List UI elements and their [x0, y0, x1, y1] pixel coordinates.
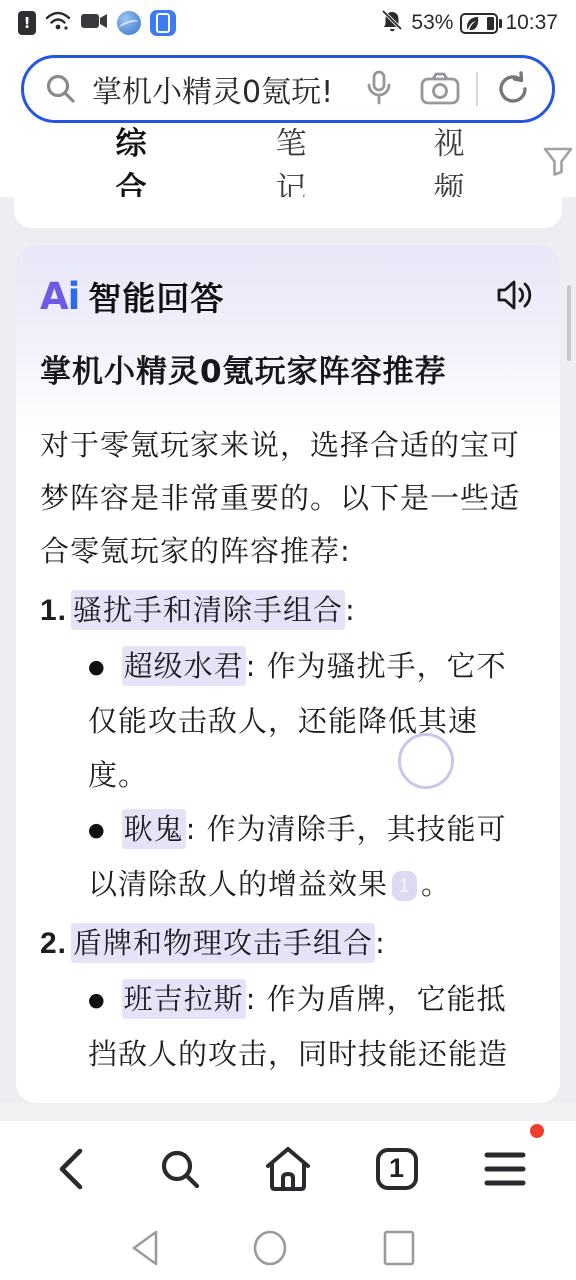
wifi-icon [45, 9, 71, 37]
bullet-suicune: ●超级水君: 作为骚扰手，它不仅能攻击敌人，还能降低其速度。 [88, 639, 536, 802]
tab-comprehensive[interactable]: 综合 [108, 118, 154, 208]
bullet-gengar: ●耿鬼: 作为清除手，其技能可以清除敌人的增益效果1。 [88, 802, 536, 911]
video-camera-icon [80, 10, 108, 36]
ai-logo-a: A [40, 275, 68, 318]
system-navigation-bar [0, 1216, 576, 1280]
search-input[interactable]: 掌机小精灵0氪玩! [92, 67, 364, 111]
ai-header-label: 智能回答 [88, 273, 224, 320]
section-number: 2. [40, 927, 67, 960]
loading-circle-decoration [398, 733, 454, 789]
clock: 10:37 [505, 11, 558, 35]
sim-alert-icon: ! [18, 11, 36, 35]
search-icon [44, 72, 78, 106]
pokemon-name-highlight: 超级水君 [122, 646, 246, 686]
tab-videos[interactable]: 视频 [426, 118, 472, 208]
menu-notification-badge [530, 1124, 544, 1138]
menu-button[interactable] [476, 1140, 534, 1198]
ai-card-header: Ai 智能回答 [40, 245, 536, 320]
tabs-button[interactable]: 1 [368, 1140, 426, 1198]
tab-notes[interactable]: 笔记 [268, 118, 314, 208]
speaker-icon[interactable] [496, 278, 536, 316]
browser-bottom-nav: 1 [0, 1120, 576, 1216]
bullet-dot: ● [88, 640, 106, 694]
filter-icon[interactable] [540, 143, 576, 183]
section-keyword-highlight: 骚扰手和清除手组合 [71, 590, 345, 630]
separator: : [186, 812, 197, 846]
mic-icon[interactable] [364, 69, 394, 109]
pokemon-name-highlight: 班吉拉斯 [122, 979, 246, 1019]
bullet-dot: ● [88, 973, 106, 1027]
ai-answer-card[interactable]: Ai 智能回答 掌机小精灵0氪玩家阵容推荐 对于零氪玩家来说，选择合适的宝可梦阵… [16, 245, 560, 1103]
section-number: 1. [40, 594, 67, 627]
android-recents-icon[interactable] [380, 1228, 418, 1268]
search-bar[interactable]: 掌机小精灵0氪玩! [21, 55, 555, 123]
notifications-muted-icon [380, 9, 404, 37]
ai-logo-i: i [68, 275, 80, 318]
separator: : [246, 649, 257, 683]
section-heading-suffix: : [375, 926, 386, 960]
battery-percent: 53% [411, 11, 453, 35]
status-bar-left: ! [18, 9, 176, 37]
citation-badge[interactable]: 1 [392, 871, 417, 901]
bullet-suffix: 。 [421, 867, 451, 901]
tab-label: 笔记 [276, 126, 307, 207]
scrollbar-thumb[interactable] [567, 285, 571, 361]
divider [476, 72, 478, 106]
pokemon-name-highlight: 耿鬼 [122, 809, 186, 849]
ai-answer-intro: 对于零氪玩家来说，选择合适的宝可梦阵容是非常重要的。以下是一些适合零氪玩家的阵容… [40, 419, 536, 578]
bullet-tyranitar: ●班吉拉斯: 作为盾牌，它能抵挡敌人的攻击，同时技能还能造 [88, 972, 536, 1081]
section-heading-1: 1.骚扰手和清除手组合: [40, 582, 536, 639]
ai-answer-title: 掌机小精灵0氪玩家阵容推荐 [40, 346, 536, 391]
tab-label: 综合 [116, 126, 147, 207]
separator: : [246, 982, 257, 1016]
section-heading-2: 2.盾牌和物理攻击手组合: [40, 915, 536, 972]
back-button[interactable] [42, 1140, 100, 1198]
bullet-dot: ● [88, 803, 106, 857]
status-bar: ! 53% 10:37 [0, 0, 576, 46]
tab-count: 1 [389, 1152, 404, 1183]
home-button[interactable] [259, 1140, 317, 1198]
status-bar-right: 53% 10:37 [380, 9, 558, 37]
android-back-icon[interactable] [128, 1228, 162, 1268]
search-button[interactable] [151, 1140, 209, 1198]
camera-icon[interactable] [420, 72, 460, 106]
previous-card-remnant [14, 197, 562, 228]
below-card-strip [0, 1103, 576, 1120]
phone-app-icon [150, 10, 176, 36]
browser-sphere-icon [117, 11, 141, 35]
refresh-icon[interactable] [494, 70, 532, 108]
tab-label: 视频 [434, 126, 465, 207]
android-home-icon[interactable] [250, 1228, 290, 1268]
battery-saver-icon [460, 13, 498, 34]
ai-logo: Ai [40, 275, 79, 318]
section-keyword-highlight: 盾牌和物理攻击手组合 [71, 923, 375, 963]
result-tabs: 综合 笔记 视频 [0, 128, 576, 197]
section-heading-suffix: : [345, 593, 356, 627]
